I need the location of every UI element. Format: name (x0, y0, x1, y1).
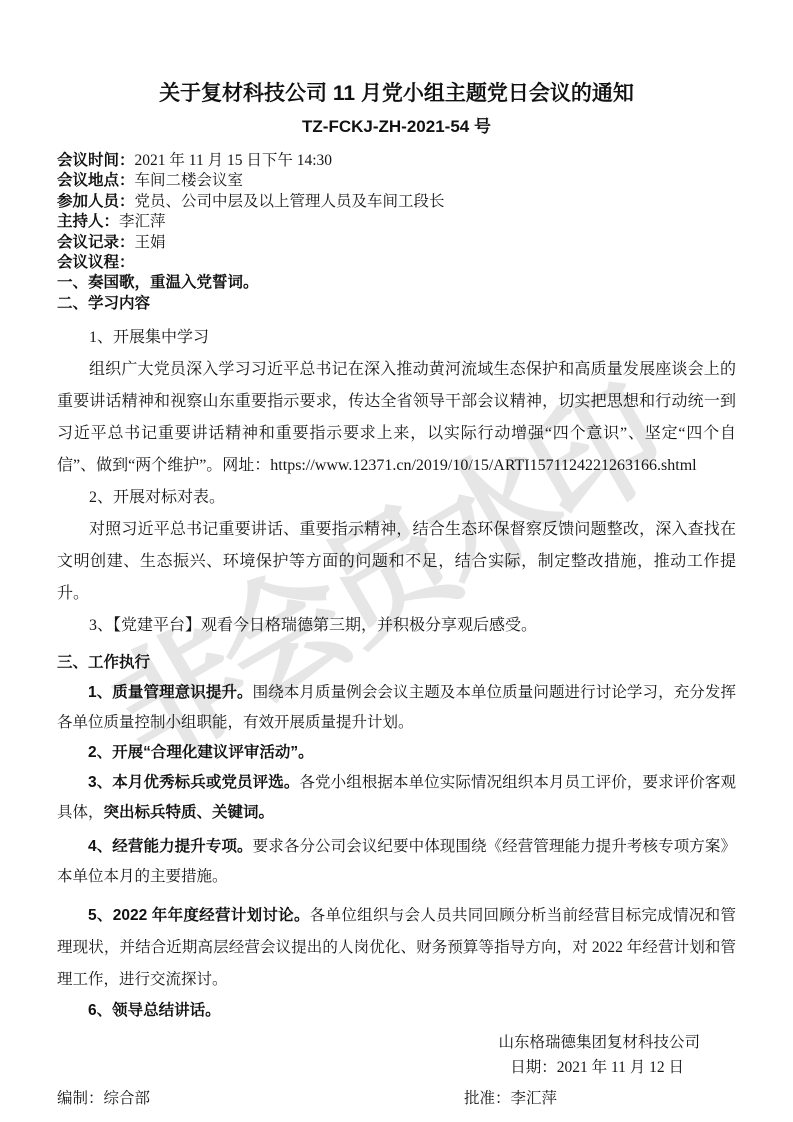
work-item-5-lead: 5、2022 年年度经营计划讨论。 (88, 907, 310, 924)
document-content: 关于复材科技公司 11 月党小组主题党日会议的通知 TZ-FCKJ-ZH-202… (57, 80, 736, 1111)
work-item-5: 5、2022 年年度经营计划讨论。各单位组织与会人员共同回顾分析当前经营目标完成… (57, 900, 736, 996)
work-item-1-lead: 1、质量管理意识提升。 (88, 684, 253, 701)
meta-value: 党员、公司中层及以上管理人员及车间工段长 (135, 193, 445, 210)
signature-date: 日期：2021 年 11 月 12 日 (57, 1055, 736, 1080)
meta-label: 会议记录： (57, 234, 135, 251)
study-section: 1、开展集中学习 组织广大党员深入学习习近平总书记在深入推动黄河流域生态保护和高… (57, 322, 736, 642)
agenda-item-1: 一、奏国歌，重温入党誓词。 (57, 273, 736, 293)
work-item-6: 6、领导总结讲话。 (57, 996, 736, 1026)
study-item-2-title: 2、开展对标对表。 (57, 482, 736, 514)
document-number: TZ-FCKJ-ZH-2021-54 号 (57, 116, 736, 138)
footer-approved-by: 批准：李汇萍 (464, 1086, 557, 1111)
footer-row: 编制：综合部 批准：李汇萍 (57, 1086, 736, 1111)
signature-company: 山东格瑞德集团复材科技公司 (57, 1030, 736, 1055)
meta-value: 2021 年 11 月 15 日下午 14:30 (135, 152, 332, 169)
meta-agenda-label: 会议议程： (57, 253, 736, 273)
agenda-heading-work: 三、工作执行 (57, 648, 736, 678)
meta-label: 会议时间： (57, 152, 135, 169)
meta-value: 李汇萍 (119, 213, 166, 230)
agenda-heading-study: 二、学习内容 (57, 294, 736, 314)
meta-meeting-place: 会议地点：车间二楼会议室 (57, 171, 736, 191)
study-item-1-title: 1、开展集中学习 (57, 322, 736, 354)
study-item-3: 3、【党建平台】观看今日格瑞德第三期，并积极分享观后感受。 (57, 610, 736, 642)
meta-label: 主持人： (57, 213, 119, 230)
meta-participants: 参加人员：党员、公司中层及以上管理人员及车间工段长 (57, 192, 736, 212)
footer-prepared-by: 编制：综合部 (57, 1090, 150, 1107)
meta-meeting-time: 会议时间：2021 年 11 月 15 日下午 14:30 (57, 151, 736, 171)
meta-value: 王娟 (135, 234, 166, 251)
work-item-2-lead: 2、开展“合理化建议评审活动”。 (88, 744, 314, 761)
meta-label: 会议议程： (57, 254, 135, 271)
work-item-4-lead: 4、经营能力提升专项。 (88, 838, 253, 855)
study-item-1-body: 组织广大党员深入学习习近平总书记在深入推动黄河流域生态保护和高质量发展座谈会上的… (57, 354, 736, 482)
work-item-3-lead: 3、本月优秀标兵或党员评选。 (88, 774, 299, 791)
meta-label: 参加人员： (57, 193, 135, 210)
meta-value: 车间二楼会议室 (135, 172, 244, 189)
document-page: 非会员水印 关于复材科技公司 11 月党小组主题党日会议的通知 TZ-FCKJ-… (0, 0, 793, 1122)
meeting-meta: 会议时间：2021 年 11 月 15 日下午 14:30 会议地点：车间二楼会… (57, 151, 736, 273)
meta-label: 会议地点： (57, 172, 135, 189)
work-item-6-lead: 6、领导总结讲话。 (88, 1002, 221, 1019)
work-item-1: 1、质量管理意识提升。围绕本月质量例会会议主题及本单位质量问题进行讨论学习，充分… (57, 678, 736, 738)
work-item-2: 2、开展“合理化建议评审活动”。 (57, 738, 736, 768)
study-item-2-body: 对照习近平总书记重要讲话、重要指示精神，结合生态环保督察反馈问题整改，深入查找在… (57, 514, 736, 610)
page-title: 关于复材科技公司 11 月党小组主题党日会议的通知 (57, 80, 736, 107)
meta-recorder: 会议记录：王娟 (57, 233, 736, 253)
work-item-3: 3、本月优秀标兵或党员评选。各党小组根据本单位实际情况组织本月员工评价，要求评价… (57, 768, 736, 828)
work-item-3-tail: 突出标兵特质、关键词。 (104, 804, 275, 821)
meta-host: 主持人：李汇萍 (57, 212, 736, 232)
work-item-4: 4、经营能力提升专项。要求各分公司会议纪要中体现围绕《经营管理能力提升考核专项方… (57, 832, 736, 892)
